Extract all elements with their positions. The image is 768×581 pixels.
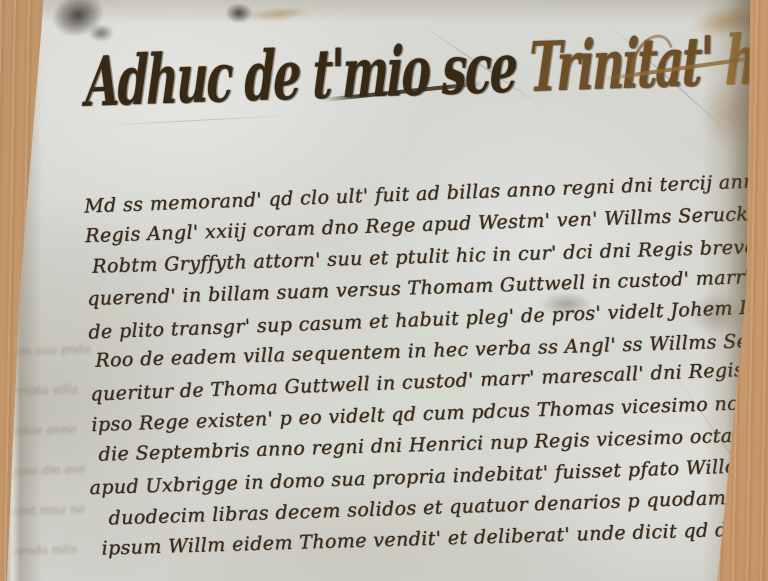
heading-dark-ink: Adhuc de t'mio sce [85, 29, 529, 123]
manuscript-body: Md ss memorand' qd clo ult' fuit ad bill… [84, 168, 768, 567]
manuscript-text-block: Adhuc de t'mio sce Trinitat' hyd Md ss m… [0, 0, 768, 581]
heading-mixed-ink: Trinitat' [529, 22, 726, 108]
heading-calligraphy: Adhuc de t'mio sce Trinitat' hyd [85, 27, 765, 118]
manuscript-photo: num suu pnda scriptu villa redde anno qu… [0, 0, 768, 581]
parchment-sheet: num suu pnda scriptu villa redde anno qu… [0, 0, 768, 581]
